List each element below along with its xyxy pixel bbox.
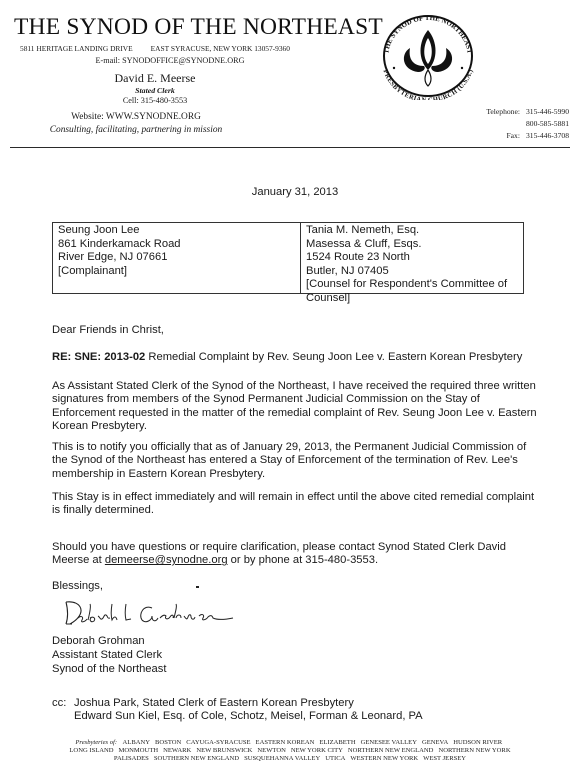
motto: Consulting, facilitating, partnering in … bbox=[0, 125, 272, 135]
presbytery-name: NEWARK bbox=[163, 747, 191, 754]
presbytery-name: EASTERN KOREAN bbox=[256, 739, 315, 746]
presbytery-name: NEW YORK CITY bbox=[291, 747, 343, 754]
letterhead-divider bbox=[10, 147, 570, 148]
party-line: Butler, NJ 07405 bbox=[306, 265, 523, 279]
presbytery-name: SOUTHERN NEW ENGLAND bbox=[154, 755, 239, 762]
presbytery-name: NORTHERN NEW YORK bbox=[438, 747, 510, 754]
party-line: Tania M. Nemeth, Esq. bbox=[306, 224, 523, 238]
cc-label: cc: bbox=[52, 697, 74, 710]
presbytery-name: PALISADES bbox=[114, 755, 149, 762]
office-email: E-mail: SYNODOFFICE@SYNODNE.ORG bbox=[0, 56, 340, 65]
subject-line: RE: SNE: 2013-02 Remedial Complaint by R… bbox=[52, 351, 537, 364]
tollfree-row: 800-585-5881 bbox=[486, 118, 569, 130]
paragraph-2: This is to notify you officially that as… bbox=[52, 441, 537, 481]
presbytery-name: SUSQUEHANNA VALLEY bbox=[244, 755, 320, 762]
cc-list: cc:Joshua Park, Stated Clerk of Eastern … bbox=[52, 697, 423, 724]
presbytery-name: WESTERN NEW YORK bbox=[350, 755, 418, 762]
party-line: River Edge, NJ 07661 bbox=[58, 251, 300, 265]
presbytery-name: LONG ISLAND bbox=[69, 747, 113, 754]
presbytery-name: NEWTON bbox=[257, 747, 285, 754]
organization-name: THE SYNOD OF THE NORTHEAST bbox=[14, 14, 383, 41]
presbyteries-footer: Presbyteries of:ALBANYBOSTONCAYUGA-SYRAC… bbox=[0, 739, 580, 764]
presbytery-name: GENEVA bbox=[422, 739, 448, 746]
paragraph-1: As Assistant Stated Clerk of the Synod o… bbox=[52, 380, 537, 434]
cc-recipient: Joshua Park, Stated Clerk of Eastern Kor… bbox=[74, 697, 354, 709]
scan-mark bbox=[196, 586, 199, 588]
presbytery-name: WEST JERSEY bbox=[423, 755, 466, 762]
signer-title: Assistant Stated Clerk bbox=[52, 648, 537, 662]
presbytery-name: HUDSON RIVER bbox=[453, 739, 502, 746]
subject-reference: RE: SNE: 2013-02 bbox=[52, 351, 145, 363]
presbytery-name: ALBANY bbox=[123, 739, 150, 746]
fax-row: Fax:315-446-3708 bbox=[486, 130, 569, 142]
street-address: 5811 HERITAGE LANDING DRIVEEAST SYRACUSE… bbox=[20, 44, 290, 53]
stated-clerk-cell: Cell: 315-480-3553 bbox=[0, 96, 310, 105]
presbytery-name: CAYUGA-SYRACUSE bbox=[186, 739, 250, 746]
presbytery-name: BOSTON bbox=[155, 739, 181, 746]
letter-date: January 31, 2013 bbox=[0, 186, 580, 198]
presbytery-name: UTICA bbox=[325, 755, 345, 762]
cc-recipient: Edward Sun Kiel, Esq. of Cole, Schotz, M… bbox=[74, 710, 423, 722]
footer-line: PALISADESSOUTHERN NEW ENGLANDSUSQUEHANNA… bbox=[0, 755, 580, 763]
signer-name: Deborah Grohman bbox=[52, 634, 537, 648]
presbytery-name: GENESEE VALLEY bbox=[361, 739, 417, 746]
synod-seal-logo-icon: THE SYNOD OF THE NORTHEAST PRESBYTERIAN … bbox=[374, 8, 482, 100]
handwritten-signature bbox=[60, 596, 240, 630]
street: 5811 HERITAGE LANDING DRIVE bbox=[20, 44, 133, 53]
presbytery-name: NEW BRUNSWICK bbox=[196, 747, 252, 754]
presbytery-name: ELIZABETH bbox=[319, 739, 355, 746]
party-line: 1524 Route 23 North bbox=[306, 251, 523, 265]
city-state-zip: EAST SYRACUSE, NEW YORK 13057-9360 bbox=[151, 44, 290, 53]
counsel-cell: Tania M. Nemeth, Esq. Masessa & Cluff, E… bbox=[301, 223, 523, 293]
signer-organization: Synod of the Northeast bbox=[52, 662, 537, 676]
telephone-row: Telephone:315-446-5990 bbox=[486, 106, 569, 118]
paragraph-4: Should you have questions or require cla… bbox=[52, 541, 537, 568]
subject-text: Remedial Complaint by Rev. Seung Joon Le… bbox=[145, 351, 522, 363]
footer-line: Presbyteries of:ALBANYBOSTONCAYUGA-SYRAC… bbox=[0, 739, 580, 747]
stated-clerk-title: Stated Clerk bbox=[0, 86, 310, 95]
parties-table: Seung Joon Lee 861 Kinderkamack Road Riv… bbox=[52, 222, 524, 294]
party-line: Counsel] bbox=[306, 292, 523, 306]
paragraph-3: This Stay is in effect immediately and w… bbox=[52, 491, 537, 518]
closing: Blessings, bbox=[52, 580, 537, 593]
party-line: Seung Joon Lee bbox=[58, 224, 300, 238]
party-line: 861 Kinderkamack Road bbox=[58, 238, 300, 252]
footer-prefix: Presbyteries of: bbox=[75, 739, 117, 746]
contact-email-link[interactable]: demeerse@synodne.org bbox=[105, 554, 228, 566]
stated-clerk-name: David E. Meerse bbox=[0, 71, 310, 86]
signature-block: Deborah Grohman Assistant Stated Clerk S… bbox=[52, 634, 537, 676]
party-line: [Counsel for Respondent's Committee of bbox=[306, 278, 523, 292]
complainant-cell: Seung Joon Lee 861 Kinderkamack Road Riv… bbox=[53, 223, 301, 293]
footer-line: LONG ISLANDMONMOUTHNEWARKNEW BRUNSWICKNE… bbox=[0, 747, 580, 755]
website: Website: WWW.SYNODNE.ORG bbox=[0, 112, 272, 122]
party-line: Masessa & Cluff, Esqs. bbox=[306, 238, 523, 252]
greeting: Dear Friends in Christ, bbox=[52, 324, 537, 337]
presbytery-name: MONMOUTH bbox=[119, 747, 159, 754]
contact-numbers: Telephone:315-446-5990 800-585-5881 Fax:… bbox=[486, 106, 569, 142]
party-line: [Complainant] bbox=[58, 265, 300, 279]
presbytery-name: NORTHERN NEW ENGLAND bbox=[348, 747, 434, 754]
